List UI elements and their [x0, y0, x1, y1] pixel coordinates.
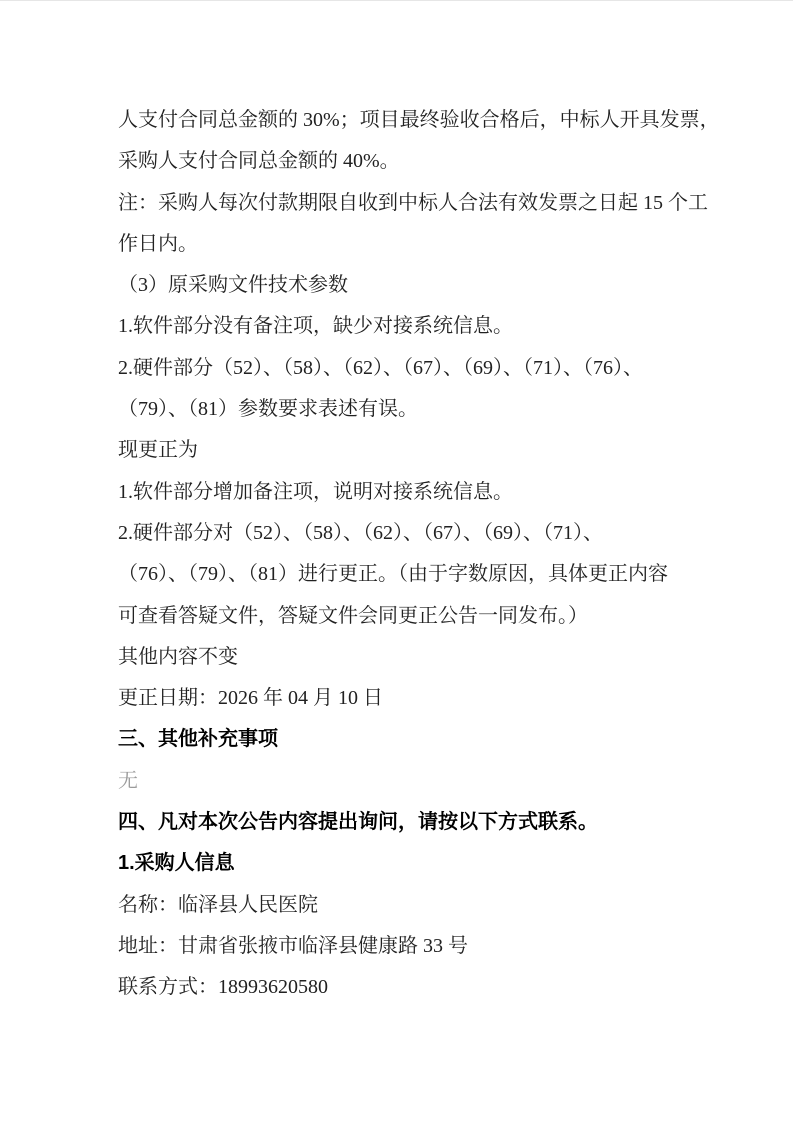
text-line: 作日内。 — [118, 224, 680, 265]
text-line: 人支付合同总金额的 30%；项目最终验收合格后，中标人开具发票， — [118, 100, 680, 141]
text-line: 2.硬件部分（52）、（58）、（62）、（67）、（69）、（71）、（76）… — [118, 348, 680, 389]
text-line: 2.硬件部分对（52）、（58）、（62）、（67）、（69）、（71）、 — [118, 513, 680, 554]
text-line: 更正日期：2026 年 04 月 10 日 — [118, 678, 680, 719]
text-line: 地址：甘肃省张掖市临泽县健康路 33 号 — [118, 926, 680, 967]
text-line: 联系方式：18993620580 — [118, 967, 680, 1008]
text-line: 采购人支付合同总金额的 40%。 — [118, 141, 680, 182]
document-page: 人支付合同总金额的 30%；项目最终验收合格后，中标人开具发票，采购人支付合同总… — [0, 0, 793, 1122]
text-line: （76）、（79）、（81）进行更正。（由于字数原因，具体更正内容 — [118, 554, 680, 595]
text-line: （3）原采购文件技术参数 — [118, 265, 680, 306]
text-line: 名称：临泽县人民医院 — [118, 885, 680, 926]
text-line: 无 — [118, 761, 680, 802]
text-line: 其他内容不变 — [118, 637, 680, 678]
text-line: 1.软件部分增加备注项，说明对接系统信息。 — [118, 472, 680, 513]
section-heading-line: 三、其他补充事项 — [118, 719, 680, 760]
text-line: 可查看答疑文件，答疑文件会同更正公告一同发布。） — [118, 596, 680, 637]
text-line: （79）、（81）参数要求表述有误。 — [118, 389, 680, 430]
section-heading-line: 四、凡对本次公告内容提出询问，请按以下方式联系。 — [118, 802, 680, 843]
document-body: 人支付合同总金额的 30%；项目最终验收合格后，中标人开具发票，采购人支付合同总… — [118, 100, 680, 1009]
text-line: 注：采购人每次付款期限自收到中标人合法有效发票之日起 15 个工 — [118, 183, 680, 224]
text-line: 现更正为 — [118, 430, 680, 471]
text-line: 1.软件部分没有备注项，缺少对接系统信息。 — [118, 306, 680, 347]
section-heading-line: 1.采购人信息 — [118, 843, 680, 884]
